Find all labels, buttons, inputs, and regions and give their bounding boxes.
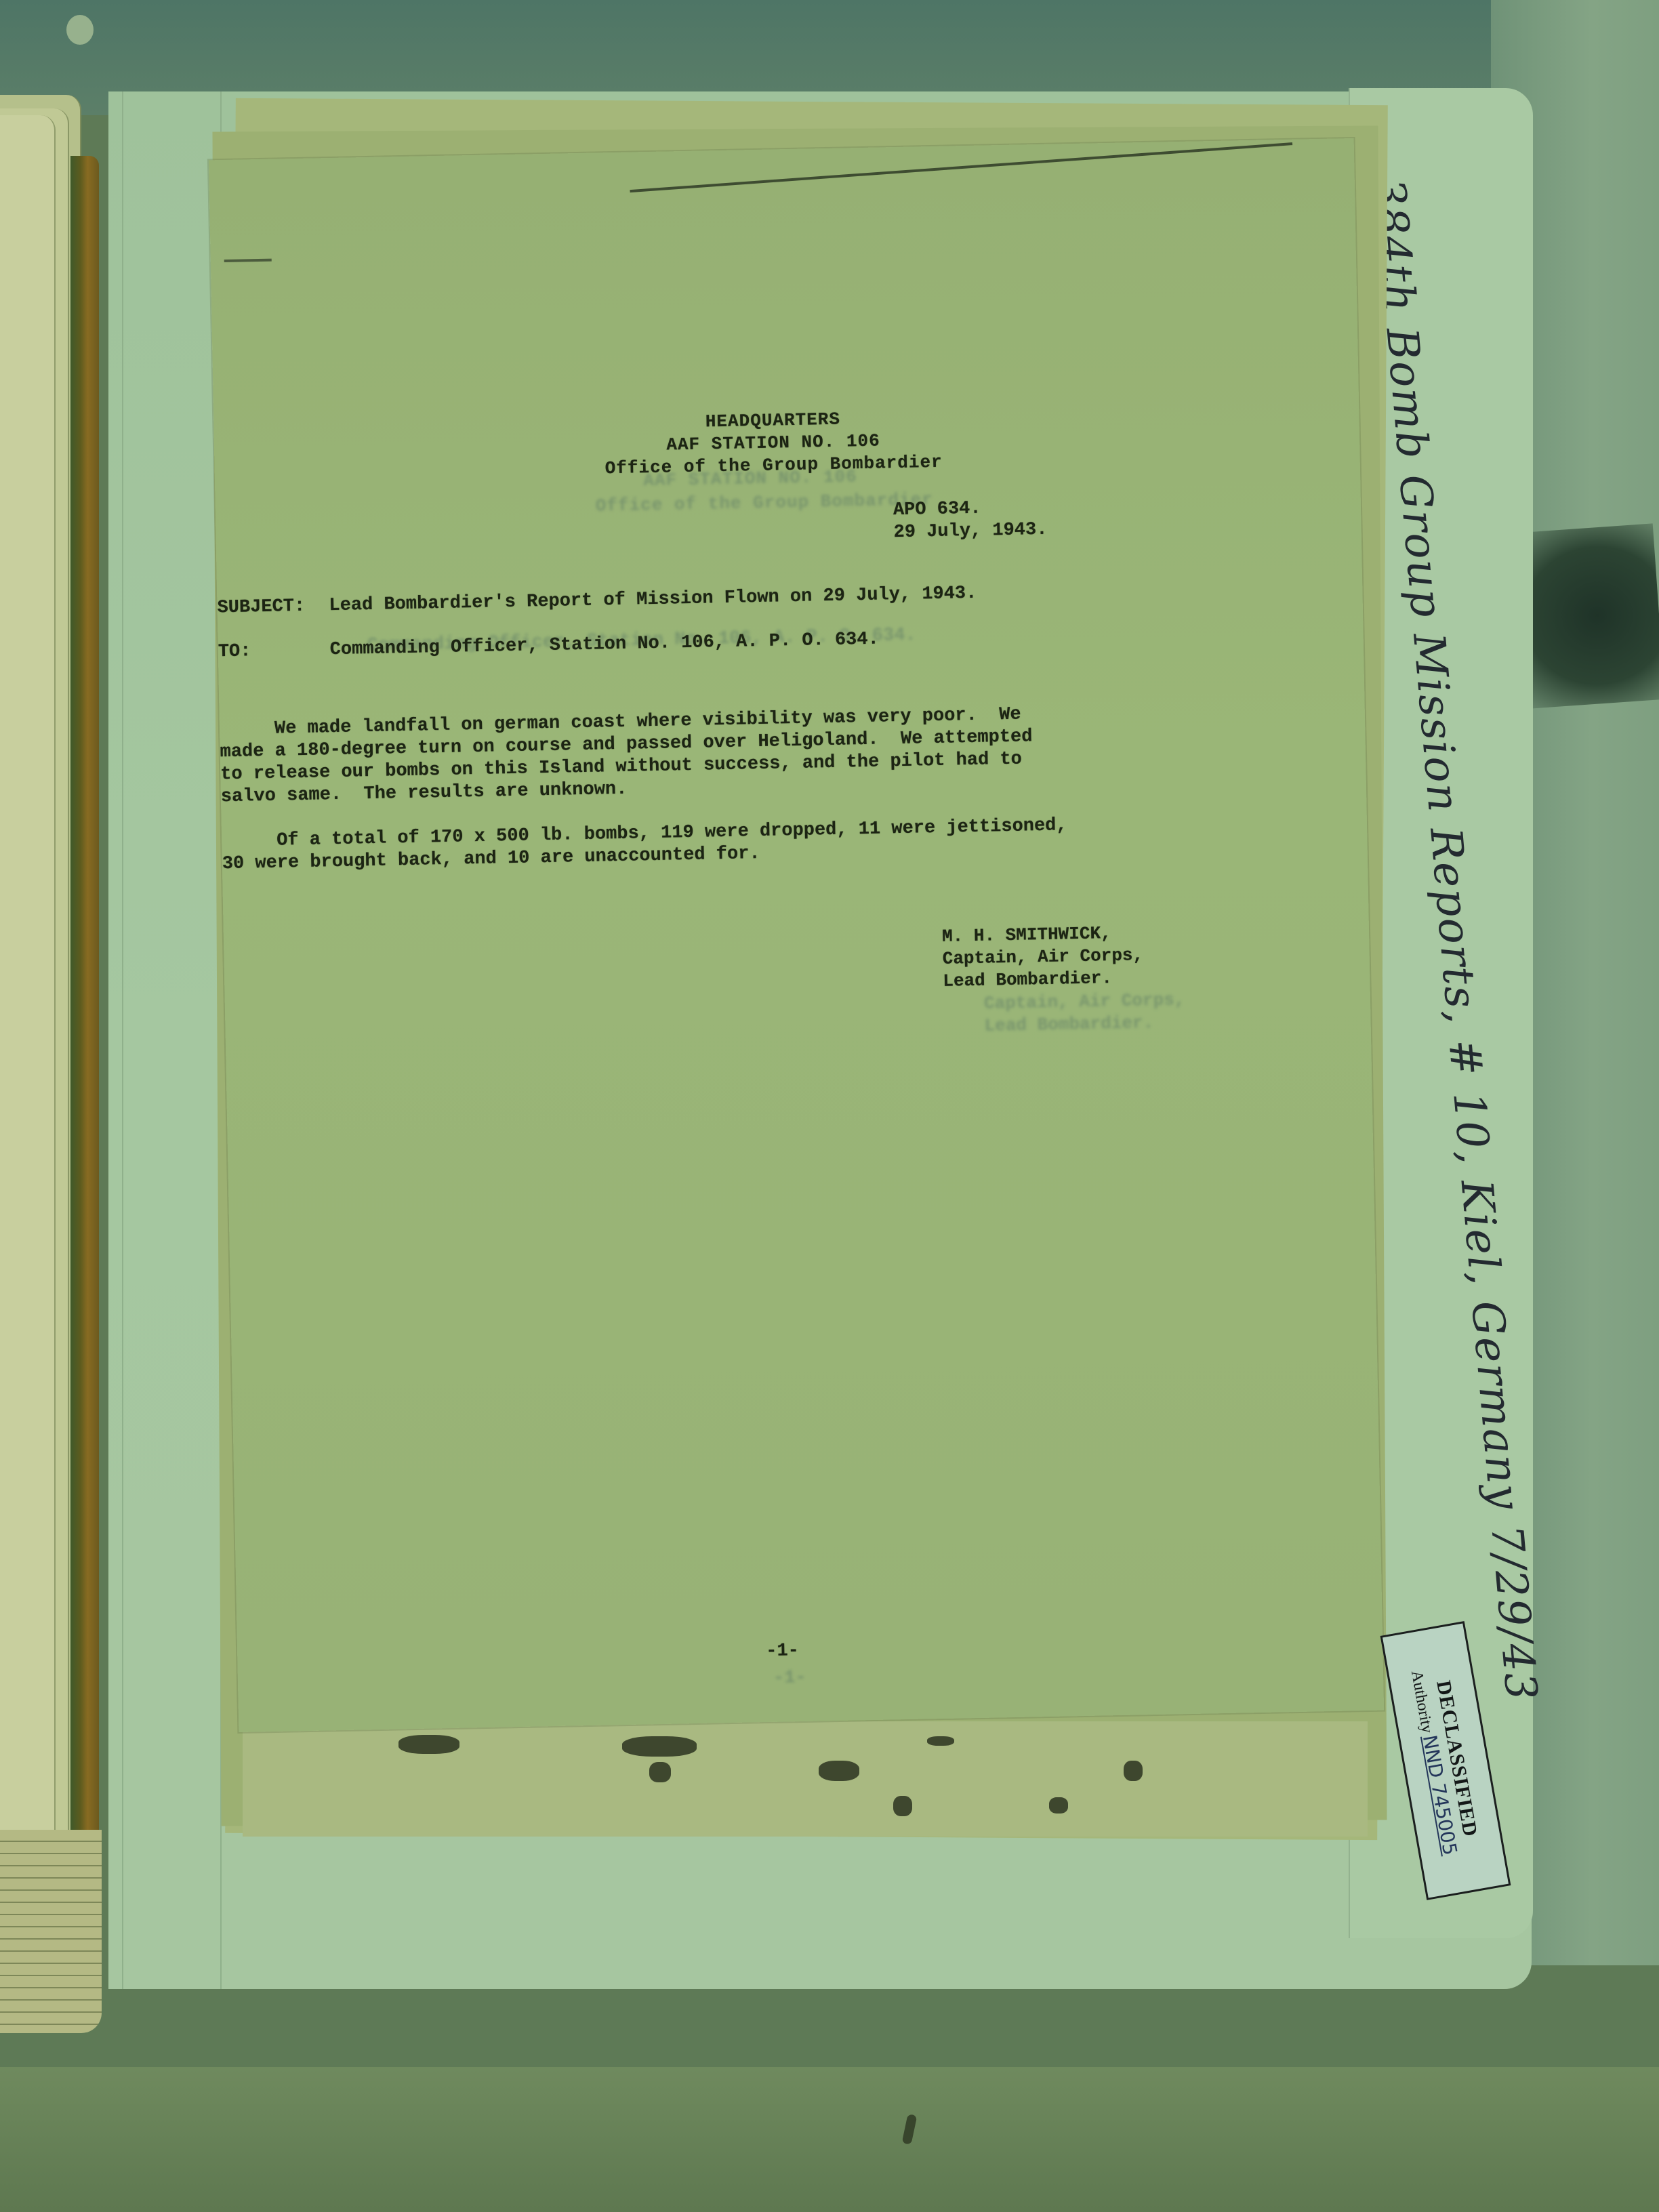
stack-bottom-edges [0,1830,102,2033]
page-number: -1- [766,1640,799,1663]
document-date: 29 July, 1943. [893,519,1047,544]
ink-smudge [398,1735,459,1754]
ghost-signature: Captain, Air Corps, [984,989,1185,1015]
signature-name: M. H. SMITHWICK, [942,922,1111,948]
subject-text: Lead Bombardier's Report of Mission Flow… [329,583,977,617]
folder-crease [122,91,123,1989]
ink-smudge [622,1736,697,1757]
apo-number: APO 634. [893,498,981,522]
background-surface-bottom [0,2067,1659,2212]
to-label: TO: [218,640,251,663]
torn-edge-mark [224,259,272,262]
ghost-page-number: -1- [773,1667,806,1690]
typed-report-page: AAF STATION NO. 106 Office of the Group … [209,138,1384,1732]
ink-smudge [1124,1761,1143,1781]
ink-smudge [649,1762,671,1782]
left-file-stack [0,95,115,1938]
background-spot [66,15,94,45]
subject-label: SUBJECT: [217,596,305,619]
folder-edge-brown [70,156,99,1850]
signature-title: Lead Bombardier. [943,967,1112,993]
torn-edge-line [630,142,1292,192]
ink-smudge [819,1761,859,1781]
ink-smudge [927,1736,954,1746]
paper-sheet-bottom-edge [243,1721,1368,1837]
ink-smudge [1049,1797,1068,1814]
ink-smudge [893,1796,912,1816]
signature-rank: Captain, Air Corps, [942,944,1143,970]
ghost-signature: Lead Bombardier. [984,1012,1153,1038]
stack-sheet [0,115,56,1938]
